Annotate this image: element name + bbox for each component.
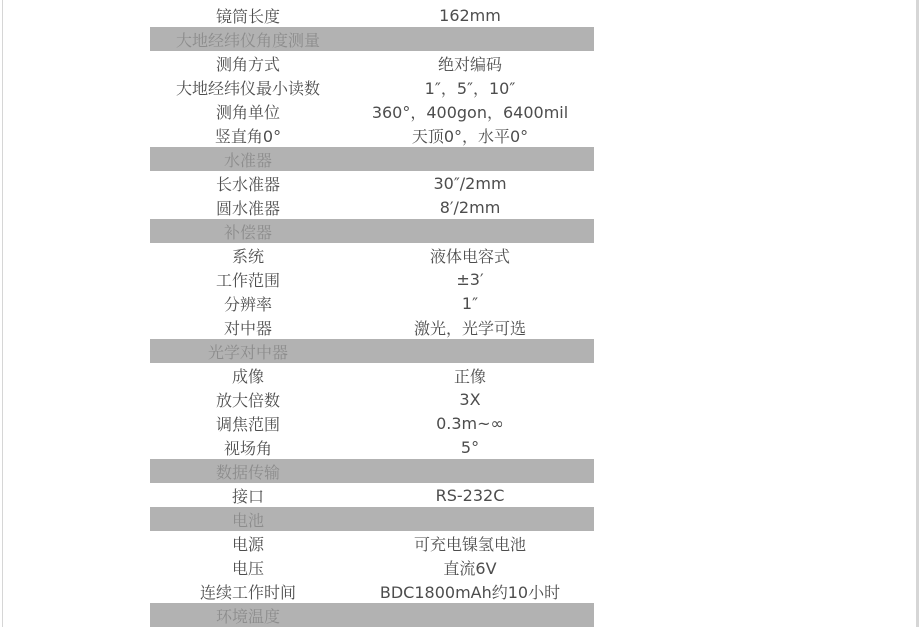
spec-label: 系统 [150, 244, 346, 267]
spec-label: 镜筒长度 [150, 4, 346, 27]
spec-value: 绝对编码 [346, 52, 594, 75]
spec-value: 液体电容式 [346, 244, 594, 267]
spec-value: 162mm [346, 6, 594, 25]
spec-row: 连续工作时间 BDC1800mAh约10小时 [150, 579, 594, 603]
spec-row: 电源 可充电镍氢电池 [150, 531, 594, 555]
spec-value: 0.3m~∞ [346, 414, 594, 433]
spec-row: 大地经纬仪最小读数 1″，5″，10″ [150, 75, 594, 99]
spec-label: 成像 [150, 364, 346, 387]
spec-label: 测角单位 [150, 100, 346, 123]
spec-value: 8′/2mm [346, 198, 594, 217]
spec-row: 镜筒长度 162mm [150, 3, 594, 27]
spec-value: ±3′ [346, 270, 594, 289]
section-header-row: 环境温度 [150, 603, 594, 627]
spec-row: 长水准器 30″/2mm [150, 171, 594, 195]
spec-row: 成像 正像 [150, 363, 594, 387]
spec-value: 5° [346, 438, 594, 457]
right-page-border [916, 0, 919, 627]
spec-value: 激光，光学可选 [346, 316, 594, 339]
section-header-label: 水准器 [150, 148, 346, 171]
section-header-label: 环境温度 [150, 604, 346, 627]
spec-row: 分辨率 1″ [150, 291, 594, 315]
spec-label: 大地经纬仪最小读数 [150, 76, 346, 99]
left-page-border [2, 0, 3, 627]
section-header-row: 光学对中器 [150, 339, 594, 363]
spec-value: 3X [346, 390, 594, 409]
spec-value: 30″/2mm [346, 174, 594, 193]
spec-value: 天顶0°，水平0° [346, 124, 594, 147]
section-header-row: 大地经纬仪角度测量 [150, 27, 594, 51]
spec-label: 电源 [150, 532, 346, 555]
spec-value: 正像 [346, 364, 594, 387]
spec-row: 测角方式 绝对编码 [150, 51, 594, 75]
section-header-row: 水准器 [150, 147, 594, 171]
section-header-label: 电池 [150, 508, 346, 531]
spec-label: 圆水准器 [150, 196, 346, 219]
section-header-row: 补偿器 [150, 219, 594, 243]
page: 镜筒长度 162mm 大地经纬仪角度测量 测角方式 绝对编码 大地经纬仪最小读数… [0, 0, 920, 627]
spec-row: 竖直角0° 天顶0°，水平0° [150, 123, 594, 147]
section-header-label: 补偿器 [150, 220, 346, 243]
section-header-label: 数据传输 [150, 460, 346, 483]
spec-row: 工作范围 ±3′ [150, 267, 594, 291]
spec-row: 对中器 激光，光学可选 [150, 315, 594, 339]
spec-label: 长水准器 [150, 172, 346, 195]
spec-row: 电压 直流6V [150, 555, 594, 579]
spec-row: 测角单位 360°，400gon，6400mil [150, 99, 594, 123]
spec-row: 接口 RS-232C [150, 483, 594, 507]
spec-label: 放大倍数 [150, 388, 346, 411]
section-header-label: 光学对中器 [150, 340, 346, 363]
spec-row: 调焦范围 0.3m~∞ [150, 411, 594, 435]
spec-value: 可充电镍氢电池 [346, 532, 594, 555]
spec-row: 系统 液体电容式 [150, 243, 594, 267]
spec-label: 接口 [150, 484, 346, 507]
spec-value: BDC1800mAh约10小时 [346, 580, 594, 603]
spec-label: 调焦范围 [150, 412, 346, 435]
spec-table: 镜筒长度 162mm 大地经纬仪角度测量 测角方式 绝对编码 大地经纬仪最小读数… [150, 3, 594, 627]
spec-value: RS-232C [346, 486, 594, 505]
spec-row: 视场角 5° [150, 435, 594, 459]
spec-label: 电压 [150, 556, 346, 579]
spec-value: 360°，400gon，6400mil [346, 100, 594, 123]
section-header-label: 大地经纬仪角度测量 [150, 28, 346, 51]
spec-label: 测角方式 [150, 52, 346, 75]
section-header-row: 电池 [150, 507, 594, 531]
spec-value: 1″，5″，10″ [346, 76, 594, 99]
section-header-row: 数据传输 [150, 459, 594, 483]
spec-row: 圆水准器 8′/2mm [150, 195, 594, 219]
spec-label: 工作范围 [150, 268, 346, 291]
spec-value: 1″ [346, 294, 594, 313]
spec-label: 连续工作时间 [150, 580, 346, 603]
spec-label: 对中器 [150, 316, 346, 339]
spec-value: 直流6V [346, 556, 594, 579]
spec-label: 竖直角0° [150, 124, 346, 147]
spec-label: 分辨率 [150, 292, 346, 315]
spec-row: 放大倍数 3X [150, 387, 594, 411]
spec-label: 视场角 [150, 436, 346, 459]
